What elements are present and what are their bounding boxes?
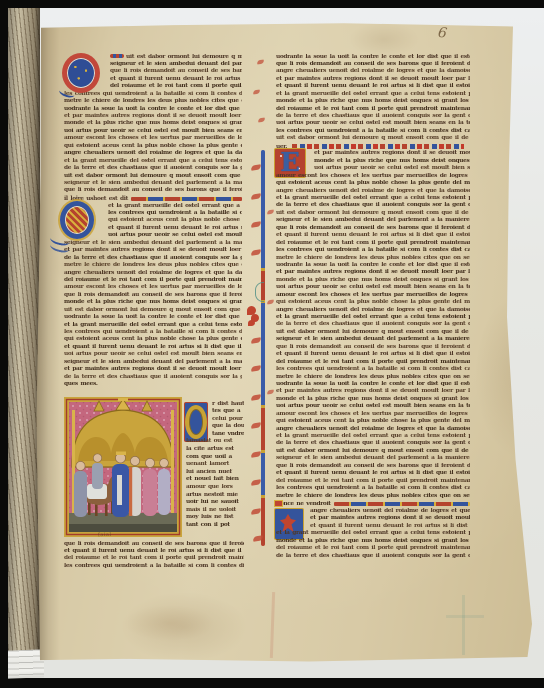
text-line: et par maintes autres regions dont il se… xyxy=(276,76,470,83)
manuscript-page: 6 uit est dabor ormont lui demoure q mou… xyxy=(34,20,534,666)
text-line: de la terre et des chastiaus que il auoi… xyxy=(276,440,470,447)
text-line: monde et la plus riche que nus homs deis… xyxy=(276,538,470,545)
text-line: metre le chiere de londres les deus plus… xyxy=(276,493,470,500)
right-column-paragraph-2: et par maintes autres regions dont il se… xyxy=(276,150,470,500)
show-through-mark xyxy=(446,615,484,618)
text-line: seigneur et le sien ambedui deuant del p… xyxy=(276,217,470,224)
folio-number: 6 xyxy=(437,25,459,44)
text-line: seigneur et le sien ambedui deuant del p… xyxy=(276,455,470,462)
text-line: que li rois demandoit au conseil de ses … xyxy=(276,463,470,470)
text-line: metre le chiere de londres les deus plus… xyxy=(64,262,242,269)
text-line: lui ancien nuef xyxy=(186,469,244,477)
text-line: uoi artus pour ueoir se celui ostel est … xyxy=(64,128,242,135)
floral-line-filler-band xyxy=(290,144,464,150)
text-line: del roiaume et le roi tant com il porte … xyxy=(64,277,242,284)
text-line: monde et la plus riche que nus homs deis… xyxy=(64,120,242,127)
text-line: qui estoient aceus cent la plus noble ch… xyxy=(276,299,470,306)
text-line: et la grant merueille del ostel errant q… xyxy=(64,322,242,329)
text-line: uoi artus pour ueoir se celui ostel est … xyxy=(276,120,470,127)
illuminated-initial-q2: Q xyxy=(60,201,94,239)
penwork-flourish xyxy=(251,193,262,199)
text-line: et par maintes autres regions dont il se… xyxy=(276,515,470,522)
text-line: monde et la plus riche que nus homs deis… xyxy=(276,98,470,105)
text-line: uit est dabor ormont lui demoure q mout … xyxy=(276,135,470,142)
text-line: uit est dabor ormont lui demoure q mout … xyxy=(64,307,242,314)
penwork-bar-border xyxy=(261,150,265,546)
text-line: et la grant merueille del ostel errant q… xyxy=(276,195,470,202)
text-line: seigneur et le sien ambedui deuant del p… xyxy=(276,336,470,343)
text-line: artus nestoit mie xyxy=(186,492,244,500)
penwork-cluster xyxy=(247,306,260,326)
text-line: mais il ne uoloit xyxy=(186,507,244,515)
penwork-flourish xyxy=(251,394,262,400)
penwork-squiggle xyxy=(255,282,264,302)
text-line: moy luis ne fist xyxy=(186,514,244,522)
text-line: monde et la plus riche que nus homs deis… xyxy=(276,158,470,165)
book-block-fore-edge xyxy=(8,649,44,678)
text-line: seigneur et le sien ambedui deuant del p… xyxy=(64,180,242,187)
paragraph-end-short-line: ques mees. xyxy=(64,381,124,388)
text-line: uit est dabor ormont lui demoure q mout … xyxy=(276,448,470,455)
text-line: et quant il furent uenu deuant le roi ar… xyxy=(276,83,470,90)
text-line: uodrante la soue la uoit la contre le co… xyxy=(276,54,470,61)
text-line: uodrante la soue la uoit la contre le co… xyxy=(64,106,242,113)
text-line: tane vndrent a xyxy=(186,431,244,439)
initial-gold-tab xyxy=(274,500,283,507)
text-line: angre cheualiers uenoit del roialme de l… xyxy=(276,426,470,433)
text-line: et par maintes autres regions dont il se… xyxy=(64,247,242,254)
text-line: uoir lui ne sauoit xyxy=(186,499,244,507)
text-line: et la grant merueille del ostel errant q… xyxy=(276,433,470,440)
marginal-graffiti: faial xyxy=(98,532,112,538)
text-line: tes que a xyxy=(186,408,244,416)
text-line: uodrante la soue la uoit la contre le co… xyxy=(64,314,242,321)
text-line: et la grant merueille del ostel errant q… xyxy=(276,91,470,98)
text-line: del roiaume et le roi tant com il porte … xyxy=(276,359,470,366)
text-line: que li rois demandoit au conseil de ses … xyxy=(64,187,242,194)
text-line: qui estoient aceus cent la plus noble ch… xyxy=(276,418,470,425)
show-through-mark xyxy=(270,592,275,658)
text-line: amour escont les choses et les uertus pa… xyxy=(276,411,470,418)
left-column-paragraph-3: que li rois demandoit au conseil de ses … xyxy=(64,541,244,571)
penwork-flourish xyxy=(251,221,262,227)
text-line: angre cheualiers uenoit del roialme de l… xyxy=(276,307,470,314)
previous-page-edge xyxy=(8,8,40,652)
text-line: et par maintes autres regions dont il se… xyxy=(276,269,470,276)
text-line: et la grant merueille del ostel errant q… xyxy=(276,530,470,537)
text-line: metre le chiere de londres les deus plus… xyxy=(276,255,470,262)
text-line: et la grant merueille del ostel errant q… xyxy=(276,314,470,321)
show-through-stain xyxy=(124,605,214,641)
text-line: que li rois demandoit au conseil de ses … xyxy=(276,344,470,351)
line-filler-band xyxy=(334,502,470,507)
text-line: et nouel fait bien xyxy=(186,476,244,484)
text-line: que li rois demandoit au conseil de ses … xyxy=(276,61,470,68)
right-column-paragraph-3: angre cheualiers uenoit del roialme de l… xyxy=(276,508,470,560)
text-line: et par maintes autres regions dont il se… xyxy=(64,366,242,373)
text-line: tant con il pot xyxy=(186,522,244,530)
left-column-side-text: r dist hauttes que acelui pourque la dou… xyxy=(186,401,244,530)
text-line: nonce ne vendroit xyxy=(276,501,331,507)
text-line: amour escont les choses et les uertus pa… xyxy=(64,135,242,142)
text-line: angre cheualiers uenoit del roialme de l… xyxy=(276,508,470,515)
text-line: angre cheualiers uenoit del roialme de l… xyxy=(64,150,242,157)
text-line: uoi artus pour ueoir se celui ostel est … xyxy=(276,284,470,291)
text-line: angre cheualiers uenoit del roialme de l… xyxy=(64,270,242,277)
text-line: les contrees qui uendroient a la bataill… xyxy=(276,366,470,373)
text-line: angre cheualiers uenoit del roialme de l… xyxy=(276,188,470,195)
text-line: les contrees qui uendroient a la bataill… xyxy=(64,563,244,570)
text-line: r dist haut xyxy=(186,401,244,409)
text-line: amour que lors xyxy=(186,484,244,492)
text-line: del roiaume et le roi tant com il porte … xyxy=(276,106,470,113)
text-line: uodrante la soue la uoit la contre le co… xyxy=(276,262,470,269)
line-filler-band xyxy=(131,197,242,202)
text-line: les contrees qui uendroient a la bataill… xyxy=(276,485,470,492)
text-line: de la terre et des chastiaus que il auoi… xyxy=(276,321,470,328)
text-line: et quant il furent uenu deuant le roi ar… xyxy=(276,232,470,239)
illuminated-initial-q1: Q xyxy=(62,53,100,93)
miniature-painting xyxy=(64,397,182,537)
text-line: et quant il furent uenu deuant le roi ar… xyxy=(276,470,470,477)
text-line: amour escont les choses et les uertus pa… xyxy=(276,292,470,299)
text-line: de la terre et des chastiaus que il auoi… xyxy=(64,374,242,381)
text-line: uoi artus pour ueoir se celui ostel est … xyxy=(64,351,242,358)
initial-q2-letterform xyxy=(60,201,94,239)
text-line: les contrees qui uendroient a la bataill… xyxy=(64,329,242,336)
penwork-flourish xyxy=(267,210,274,215)
text-line: uit est dabor ormont lui demoure q mout … xyxy=(276,329,470,336)
text-line: la cite artus est xyxy=(186,446,244,454)
text-line: de la terre et des chastiaus que il auoi… xyxy=(276,113,470,120)
penwork-flourish xyxy=(251,508,262,514)
text-line: uenant lamort xyxy=(186,461,244,469)
text-line: metre le chiere de londres les deus plus… xyxy=(276,374,470,381)
text-line: com que uoil a xyxy=(186,454,244,462)
text-line: del roiaume et le roi tant com il porte … xyxy=(276,545,470,552)
text-line: que li rois demandoit au conseil de ses … xyxy=(276,225,470,232)
text-line: monde et la plus riche que nus homs deis… xyxy=(276,277,470,284)
text-line: uodrante la soue la uoit la contre le co… xyxy=(276,381,470,388)
text-line: uit est dabor ormont lui demoure q mout … xyxy=(64,173,242,180)
text-line: et par maintes autres regions dont il se… xyxy=(64,113,242,120)
penwork-flourish xyxy=(253,90,260,95)
penwork-flourish xyxy=(251,337,262,343)
text-line: et la grant merueille del ostel errant q… xyxy=(64,158,242,165)
text-line: amour escont les choses et les uertus pa… xyxy=(276,173,470,180)
penwork-line-flourish xyxy=(110,54,124,59)
penwork-flourish xyxy=(251,365,262,371)
text-line: que li rois demandoit au conseil de ses … xyxy=(64,292,242,299)
penwork-flourish xyxy=(267,300,274,305)
text-line: et quant il furent uenu deuant le roi ar… xyxy=(276,351,470,358)
text-line: metre le chiere de londres les deus plus… xyxy=(64,98,242,105)
text-line: monde et la plus riche que nus homs deis… xyxy=(276,396,470,403)
text-line: celui pour xyxy=(186,416,244,424)
text-line: uit est dabor ormont lui demoure q mout … xyxy=(276,210,470,217)
text-line: del roiaume et le roi tant com il porte … xyxy=(276,240,470,247)
text-line: et quant il furent uenu deuant le roi ar… xyxy=(276,523,470,530)
text-line: de la terre et des chastiaus que il auoi… xyxy=(64,165,242,172)
penwork-flourish xyxy=(251,164,262,170)
text-line: que la dou xyxy=(186,423,244,431)
text-line: angre cheualiers uenoit del roialme de l… xyxy=(276,68,470,75)
text-line: seigneur et le sien ambedui deuant del p… xyxy=(64,240,242,247)
penwork-flourish xyxy=(267,390,274,395)
text-line: monde et la plus riche que nus homs deis… xyxy=(64,299,242,306)
text-line: del roiaume et le roi tant com il porte … xyxy=(64,555,244,562)
text-line: qui estoient aceus cent la plus noble ch… xyxy=(276,180,470,187)
right-column-paragraph-1: uodrante la soue la uoit la contre le co… xyxy=(276,54,470,143)
text-line: et par maintes autres regions dont il se… xyxy=(276,150,470,157)
text-line: et par maintes autres regions dont il se… xyxy=(276,388,470,395)
show-through-mark xyxy=(462,595,465,655)
text-line: uoi artus pour ueoir se celui ostel est … xyxy=(276,403,470,410)
penwork-flourish xyxy=(258,118,265,123)
penwork-flourish xyxy=(251,249,262,255)
penwork-flourish xyxy=(251,422,262,428)
text-line: les contrees qui uendroient a la bataill… xyxy=(276,247,470,254)
text-line: qui estoient aceus cent la plus noble ch… xyxy=(64,143,242,150)
text-line: amour escont les choses et les uertus pa… xyxy=(64,284,242,291)
text-line: seigneur et le sien ambedui deuant del p… xyxy=(64,359,242,366)
text-line: de la terre et des chastiaus que il auoi… xyxy=(276,202,470,209)
text-line: et quant il furent uenu deuant le roi ar… xyxy=(64,344,242,351)
text-line: del roiaume et le roi tant com il porte … xyxy=(276,478,470,485)
text-line: les contrees qui uendroient a la bataill… xyxy=(276,128,470,135)
text-line: que li rois demandoit au conseil de ses … xyxy=(64,541,244,548)
text-line: et quant il furent uenu deuant le roi ar… xyxy=(64,548,244,555)
right-column-line-with-filler-2: nonce ne vendroit xyxy=(276,501,470,508)
text-line: de la terre et des chastiaus que il auoi… xyxy=(64,255,242,262)
penwork-flourish xyxy=(251,479,262,485)
penwork-flourish xyxy=(251,451,262,457)
text-line: qui estoient aceus cent la plus noble ch… xyxy=(64,336,242,343)
miniature-scene xyxy=(64,397,182,537)
text-line: uoi artus pour ueoir se celui ostel est … xyxy=(276,165,470,172)
penwork-flourish xyxy=(257,60,264,65)
text-line: lamaslat ou est xyxy=(186,438,244,446)
text-line: de la terre et des chastiaus que il auoi… xyxy=(276,553,470,560)
